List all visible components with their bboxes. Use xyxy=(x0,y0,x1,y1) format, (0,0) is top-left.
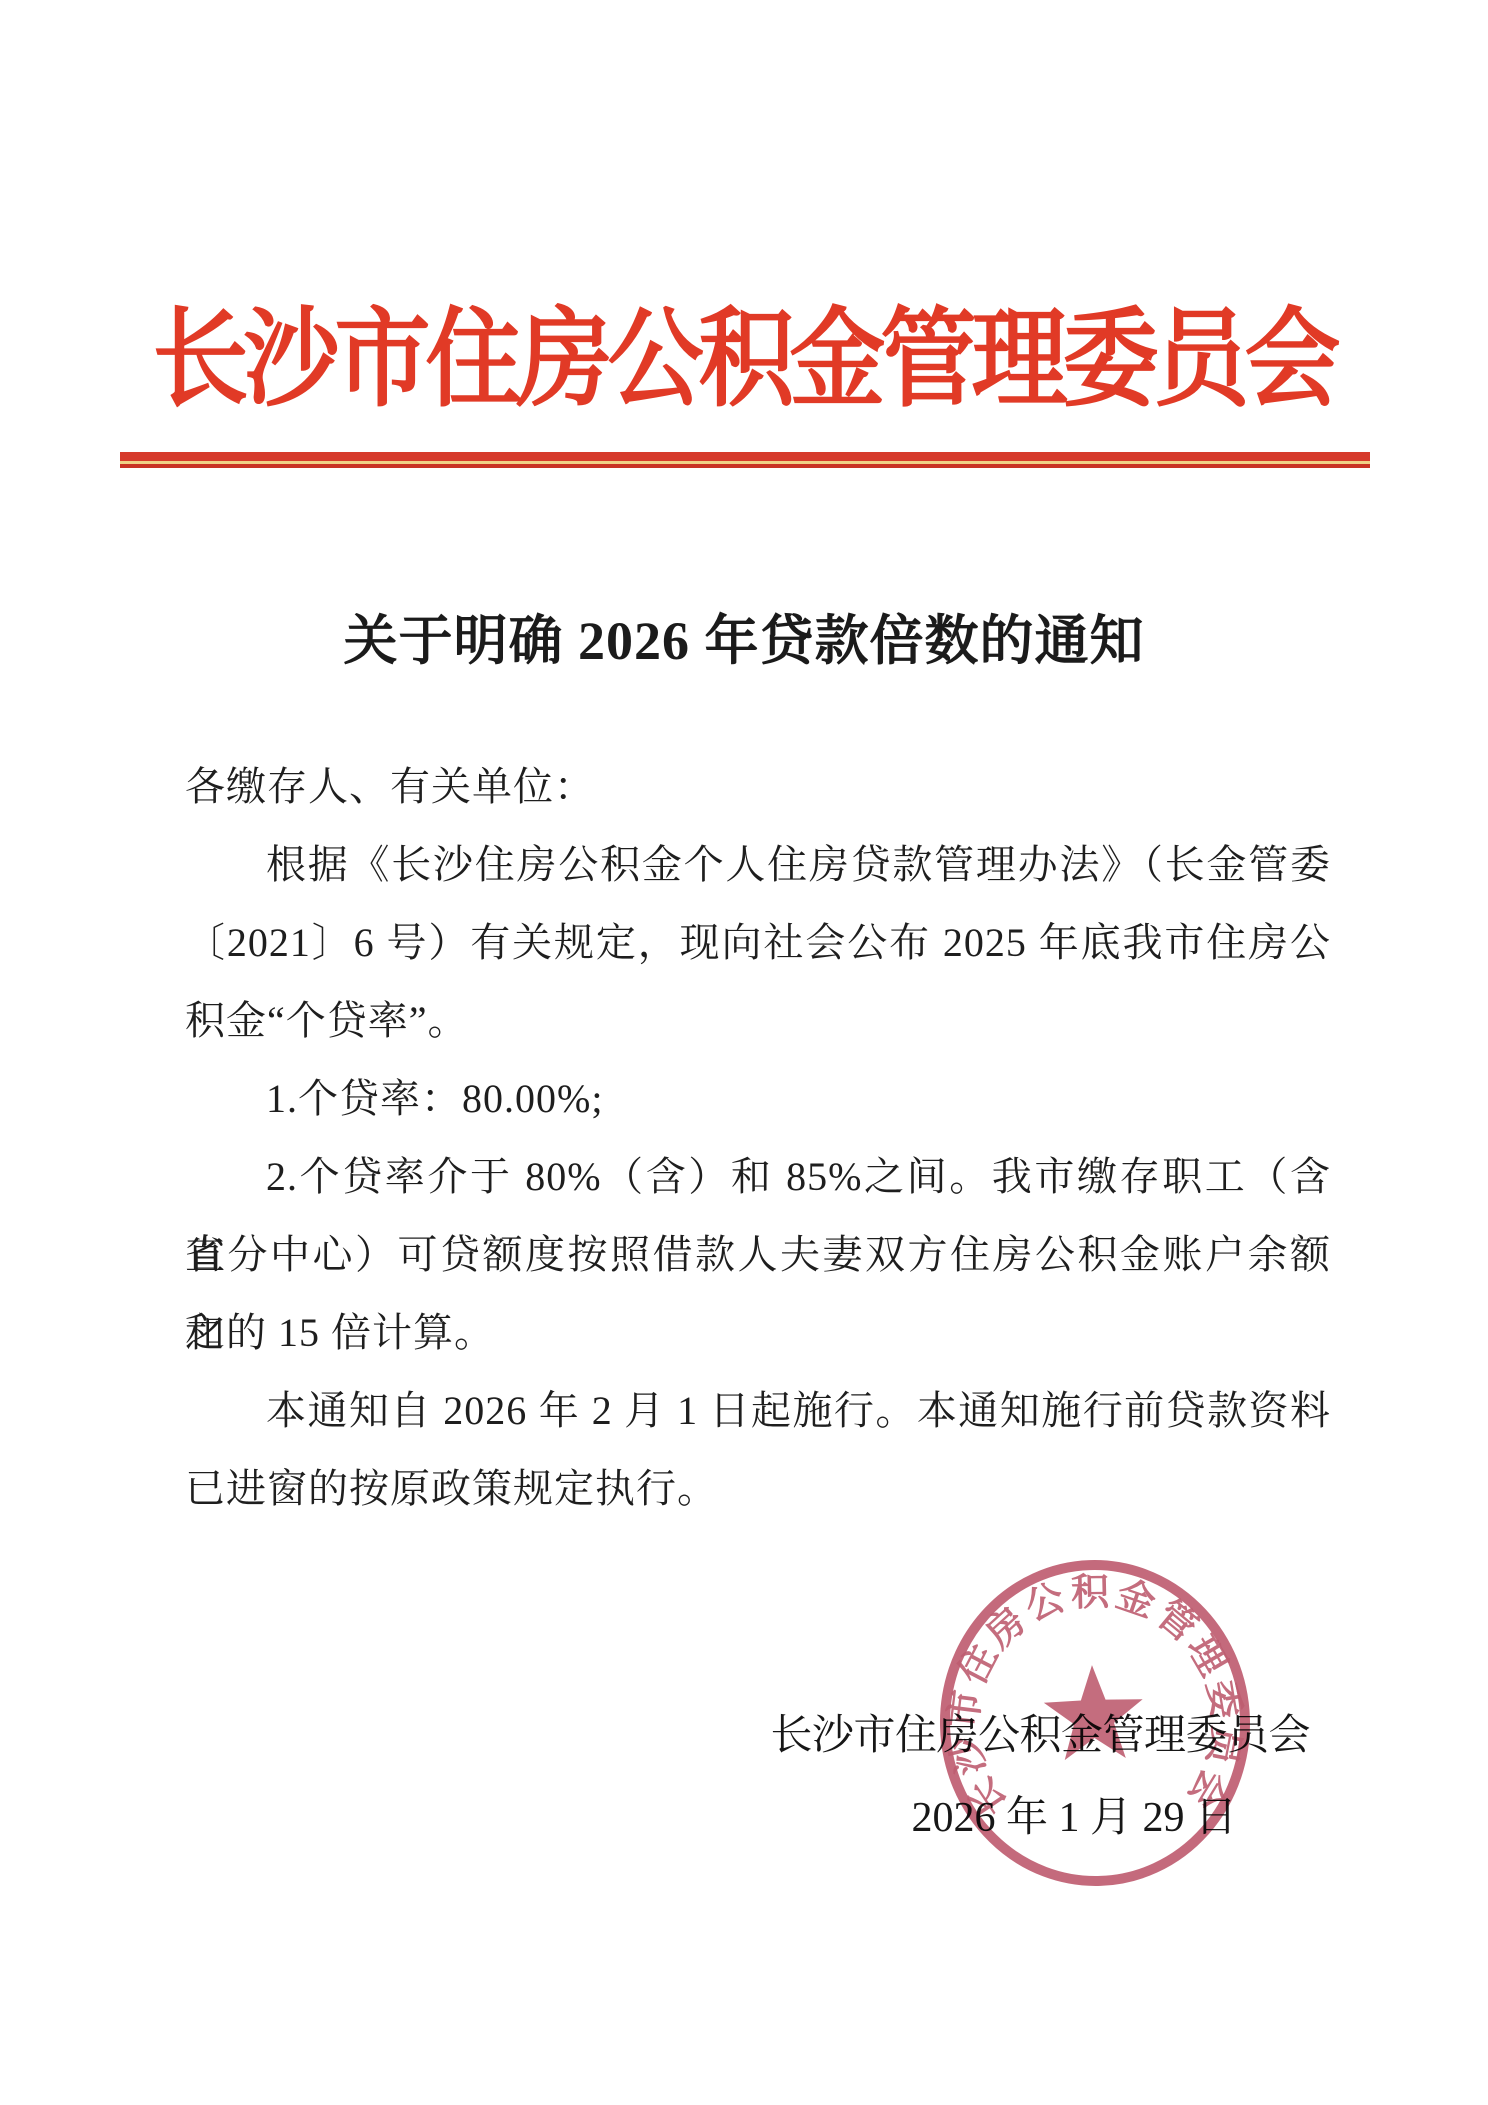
body-line: 和的 15 倍计算。 xyxy=(185,1294,1331,1372)
body-line: 根据《长沙住房公积金个人住房贷款管理办法》（长金管委 xyxy=(185,826,1331,904)
body-line: 积金“个贷率”。 xyxy=(185,982,1331,1060)
letterhead-agency-name: 长沙市住房公积金管理委员会 xyxy=(0,274,1488,427)
body-line: 本通知自 2026 年 2 月 1 日起施行。本通知施行前贷款资料 xyxy=(185,1372,1331,1450)
body-line-item2: 2.个贷率介于 80%（含）和 85%之间。我市缴存职工（含省 xyxy=(185,1138,1331,1216)
body-line: 〔2021〕6 号）有关规定，现向社会公布 2025 年底我市住房公 xyxy=(185,904,1331,982)
official-notice-page: 长沙市住房公积金管理委员会 关于明确 2026 年贷款倍数的通知 各缴存人、有关… xyxy=(0,0,1488,2105)
official-seal-stamp: 长沙市住房公积金管理委员会 xyxy=(919,1539,1271,1907)
salutation-line: 各缴存人、有关单位： xyxy=(185,748,1331,826)
body-line: 已进窗的按原政策规定执行。 xyxy=(185,1450,1331,1528)
document-body: 各缴存人、有关单位： 根据《长沙住房公积金个人住房贷款管理办法》（长金管委 〔2… xyxy=(185,748,1331,1528)
letterhead-divider-rule xyxy=(120,452,1370,468)
body-line-item1: 1.个贷率：80.00%; xyxy=(185,1060,1331,1138)
document-title: 关于明确 2026 年贷款倍数的通知 xyxy=(0,598,1488,675)
rule-band-thick xyxy=(120,452,1370,461)
body-line: 直分中心）可贷额度按照借款人夫妻双方住房公积金账户余额之 xyxy=(185,1216,1331,1294)
seal-star-icon xyxy=(1043,1663,1145,1760)
rule-band-thin xyxy=(120,464,1370,468)
